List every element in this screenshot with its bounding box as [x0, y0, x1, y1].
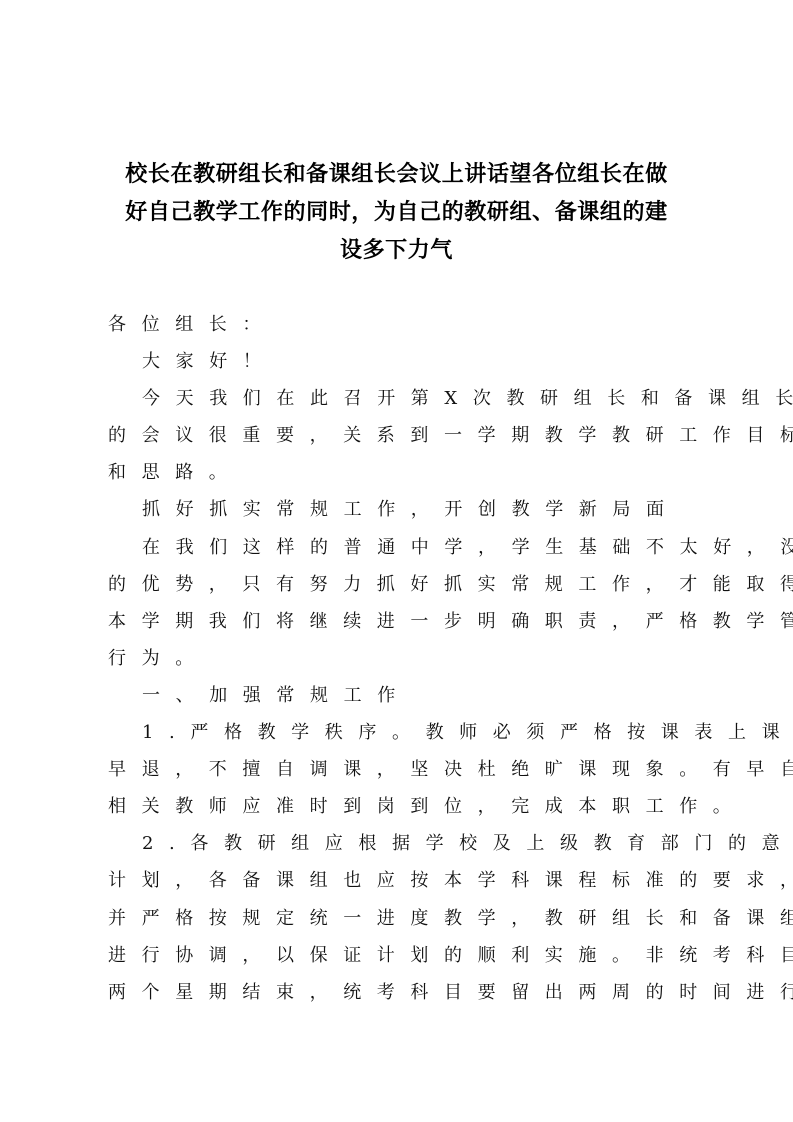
document-title: 校长在教研组长和备课组长会议上讲话望各位组长在做 好自己教学工作的同时，为自己的… — [100, 156, 693, 270]
paragraph-item-1: 1.严格教学秩序。教师必须严格按课表上课，不迟到、不 早退，不擅自调课，坚决杜绝… — [108, 714, 708, 825]
section-heading-routine-work: 抓好抓实常规工作，开创教学新局面 — [108, 491, 708, 528]
paragraph-line: 今天我们在此召开第X次教研组长和备课组长会议，今天 — [108, 380, 708, 417]
paragraph-ordinary-school: 在我们这样的普通中学，学生基础不太好，没有搞花架子 的优势，只有努力抓好抓实常规… — [108, 529, 708, 677]
paragraph-line: 行为。 — [108, 640, 708, 677]
paragraph-meeting-intro: 今天我们在此召开第X次教研组长和备课组长会议，今天 的会议很重要，关系到一学期教… — [108, 380, 708, 491]
paragraph-line: 两个星期结束，统考科目要留出两周的时间进行期末复习。特 — [108, 974, 708, 1011]
salutation: 各位组长： — [108, 306, 708, 343]
greeting: 大家好！ — [108, 343, 708, 380]
paragraph-line: 的优势，只有努力抓好抓实常规工作，才能取得一定的成绩。 — [108, 566, 708, 603]
title-line: 校长在教研组长和备课组长会议上讲话望各位组长在做 — [100, 156, 693, 194]
document-body: 各位组长： 大家好！ 今天我们在此召开第X次教研组长和备课组长会议，今天 的会议… — [108, 306, 708, 1011]
paragraph-line: 和思路。 — [108, 454, 708, 491]
paragraph-line: 并严格按规定统一进度教学，教研组长和备课组长对此要定期 — [108, 900, 708, 937]
paragraph-line: 早退，不擅自调课，坚决杜绝旷课现象。有早自习和辅导课的 — [108, 751, 708, 788]
document-page: 校长在教研组长和备课组长会议上讲话望各位组长在做 好自己教学工作的同时，为自己的… — [0, 0, 793, 1122]
paragraph-line: 进行协调，以保证计划的顺利实施。非统考科目在期末结束前 — [108, 937, 708, 974]
section-heading-strengthen-routine: 一、加强常规工作 — [108, 677, 708, 714]
paragraph-line: 本学期我们将继续进一步明确职责，严格教学管理，规范教学 — [108, 603, 708, 640]
heading-line: 抓好抓实常规工作，开创教学新局面 — [108, 491, 708, 528]
paragraph-line: 计划，各备课组也应按本学科课程标准的要求，制订教学计划， — [108, 862, 708, 899]
title-line: 好自己教学工作的同时，为自己的教研组、备课组的建 — [100, 194, 693, 232]
paragraph-line: 在我们这样的普通中学，学生基础不太好，没有搞花架子 — [108, 529, 708, 566]
heading-line: 一、加强常规工作 — [108, 677, 708, 714]
title-line: 设多下力气 — [100, 232, 693, 270]
paragraph-item-2: 2.各教研组应根据学校及上级教育部门的意见制订好工作 计划，各备课组也应按本学科… — [108, 825, 708, 1010]
paragraph-line: 1.严格教学秩序。教师必须严格按课表上课，不迟到、不 — [108, 714, 708, 751]
paragraph-line: 相关教师应准时到岗到位，完成本职工作。 — [108, 788, 708, 825]
paragraph-line: 的会议很重要，关系到一学期教学教研工作目标、内容、重点 — [108, 417, 708, 454]
paragraph-line: 2.各教研组应根据学校及上级教育部门的意见制订好工作 — [108, 825, 708, 862]
